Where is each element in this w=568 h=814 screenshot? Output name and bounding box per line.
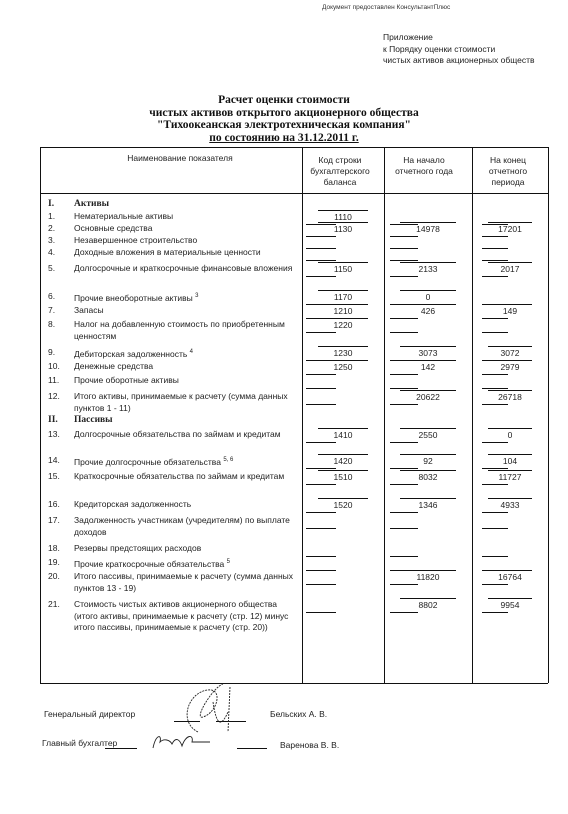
title-line: Расчет оценки стоимости <box>0 94 568 107</box>
table-rule <box>40 683 548 684</box>
table-rule <box>390 304 418 305</box>
row-label: Дебиторская задолженность 4 <box>74 347 296 360</box>
row-number: 14. <box>48 455 60 467</box>
cell-end: 3072 <box>488 346 532 358</box>
row-number: 5. <box>48 263 55 275</box>
row-label: Основные средства <box>74 223 296 235</box>
row-label-text: Денежные средства <box>74 361 153 371</box>
section-heading: Пассивы <box>74 415 296 427</box>
table-rule <box>384 147 385 193</box>
cell-code: 1220 <box>318 318 368 330</box>
cell-end: 26718 <box>488 390 532 402</box>
table-rule <box>306 360 336 361</box>
row-label-text: Прочие внеоборотные активы <box>74 293 193 303</box>
table-rule <box>482 612 508 613</box>
table-rule <box>390 468 418 469</box>
table-rule <box>306 484 336 485</box>
row-label-text: Задолженность участникам (учредителям) п… <box>74 515 290 537</box>
table-rule <box>548 193 549 683</box>
table-rule <box>482 388 508 389</box>
accountant-name: Варенова В. В. <box>280 740 339 750</box>
table-rule <box>482 468 508 469</box>
row-number: 15. <box>48 471 60 483</box>
accountant-title: Главный бухгалтер <box>42 738 117 748</box>
table-rule <box>390 224 418 225</box>
row-label: Незавершенное строительство <box>74 235 296 247</box>
table-rule <box>390 512 418 513</box>
cell-end: 9954 <box>488 598 532 610</box>
row-label: Доходные вложения в материальные ценност… <box>74 247 296 259</box>
table-rule <box>482 236 508 237</box>
row-label-text: Итого пассивы, принимаемые к расчету (су… <box>74 571 293 593</box>
row-label: Денежные средства <box>74 361 296 373</box>
row-label: Итого активы, принимаемые к расчету (сум… <box>74 391 296 414</box>
table-rule <box>482 528 508 529</box>
row-label: Задолженность участникам (учредителям) п… <box>74 515 296 538</box>
table-rule <box>306 612 336 613</box>
table-rule <box>390 404 418 405</box>
cell-start: 11820 <box>400 570 456 582</box>
table-rule <box>482 374 508 375</box>
row-label-text: Прочие долгосрочные обязательства <box>74 457 221 467</box>
cell-start: 426 <box>400 304 456 316</box>
col-header-code: Код строки бухгалтерского баланса <box>302 155 378 188</box>
table-rule <box>306 260 336 261</box>
row-label-text: Пассивы <box>74 415 113 425</box>
cell-end: 2017 <box>488 262 532 274</box>
table-rule <box>390 484 418 485</box>
row-label: Прочие внеоборотные активы 3 <box>74 291 296 304</box>
table-rule <box>390 236 418 237</box>
footnote-marker: 4 <box>190 349 193 355</box>
row-label: Резервы предстоящих расходов <box>74 543 296 555</box>
table-rule <box>482 442 508 443</box>
cell-end: 4933 <box>488 498 532 510</box>
table-rule <box>390 556 418 557</box>
table-rule <box>306 236 336 237</box>
table-rule <box>390 442 418 443</box>
row-label: Запасы <box>74 305 296 317</box>
table-rule <box>306 276 336 277</box>
row-label: Итого пассивы, принимаемые к расчету (су… <box>74 571 296 594</box>
cell-code: 1410 <box>318 428 368 440</box>
table-rule <box>40 147 41 193</box>
row-label-text: Прочие оборотные активы <box>74 375 179 385</box>
row-label: Налог на добавленную стоимость по приобр… <box>74 319 296 342</box>
appendix-line: чистых активов акционерных обществ <box>383 55 534 67</box>
cell-start: 8032 <box>400 470 456 482</box>
table-rule <box>482 248 508 249</box>
table-rule <box>390 612 418 613</box>
source-note: Документ предоставлен КонсультантПлюс <box>322 4 450 11</box>
title-line: чистых активов открытого акционерного об… <box>0 107 568 120</box>
table-rule <box>306 318 336 319</box>
row-number: 2. <box>48 223 55 235</box>
row-label: Стоимость чистых активов акционерного об… <box>74 599 296 634</box>
row-label-text: Кредиторская задолженность <box>74 499 191 509</box>
table-rule <box>306 512 336 513</box>
table-rule <box>306 442 336 443</box>
cell-end: 0 <box>488 428 532 440</box>
row-number: 11. <box>48 375 59 387</box>
appendix-line: к Порядку оценки стоимости <box>383 44 534 56</box>
row-number: I. <box>48 199 54 211</box>
row-number: 20. <box>48 571 60 583</box>
table-rule <box>390 360 418 361</box>
table-rule <box>40 193 41 683</box>
table-rule <box>306 468 336 469</box>
cell-end: 149 <box>488 304 532 316</box>
row-label: Прочие оборотные активы <box>74 375 296 387</box>
cell-start: 20622 <box>400 390 456 402</box>
table-rule <box>390 528 418 529</box>
row-label-text: Доходные вложения в материальные ценност… <box>74 247 261 257</box>
cell-code: 1230 <box>318 346 368 358</box>
accountant-signature-icon <box>150 730 220 752</box>
cell-code: 1520 <box>318 498 368 510</box>
row-label: Прочие долгосрочные обязательства 5, 6 <box>74 455 296 468</box>
signature-line <box>237 748 267 749</box>
table-rule <box>390 260 418 261</box>
table-rule <box>306 584 336 585</box>
table-rule <box>390 570 418 571</box>
table-rule <box>482 556 508 557</box>
cell-start: 3073 <box>400 346 456 358</box>
table-rule <box>548 147 549 193</box>
row-number: 8. <box>48 319 55 331</box>
section-heading: Активы <box>74 199 296 211</box>
row-number: 9. <box>48 347 55 359</box>
table-rule <box>306 404 336 405</box>
table-rule <box>482 318 508 319</box>
cell-code: 1420 <box>318 454 368 466</box>
signature-line <box>105 748 137 749</box>
row-label: Нематериальные активы <box>74 211 296 223</box>
cell-end: 16764 <box>488 570 532 582</box>
table-rule <box>306 374 336 375</box>
row-label-text: Прочие краткосрочные обязательства <box>74 559 224 569</box>
title-date: по состоянию на 31.12.2011 г. <box>0 132 568 145</box>
row-label-text: Незавершенное строительство <box>74 235 197 245</box>
appendix-line: Приложение <box>383 32 534 44</box>
table-rule <box>482 332 508 333</box>
row-number: 17. <box>48 515 60 527</box>
table-rule <box>472 147 473 193</box>
table-rule <box>306 556 336 557</box>
table-rule <box>390 276 418 277</box>
footnote-marker: 3 <box>195 293 198 299</box>
footnote-marker: 5, 6 <box>223 457 233 463</box>
table-rule <box>482 304 508 305</box>
table-rule <box>384 193 385 683</box>
cell-code: 1510 <box>318 470 368 482</box>
cell-code: 1150 <box>318 262 368 274</box>
row-label-text: Налог на добавленную стоимость по приобр… <box>74 319 285 341</box>
row-number: 12. <box>48 391 60 403</box>
table-rule <box>306 304 336 305</box>
cell-start: 8802 <box>400 598 456 610</box>
cell-code: 1210 <box>318 304 368 316</box>
title-line: "Тихоокеанская электротехническая компан… <box>0 119 568 132</box>
row-number: 10. <box>48 361 60 373</box>
row-label-text: Итого активы, принимаемые к расчету (сум… <box>74 391 288 413</box>
row-label-text: Стоимость чистых активов акционерного об… <box>74 599 288 632</box>
col-header-start: На начало отчетного года <box>384 155 464 177</box>
row-number: II. <box>48 415 58 427</box>
table-rule <box>306 332 336 333</box>
table-rule <box>482 512 508 513</box>
document-title: Расчет оценки стоимости чистых активов о… <box>0 94 568 144</box>
cell-end: 11727 <box>488 470 532 482</box>
row-label-text: Дебиторская задолженность <box>74 349 187 359</box>
row-number: 6. <box>48 291 55 303</box>
appendix-caption: Приложение к Порядку оценки стоимости чи… <box>383 32 534 67</box>
col-header-name: Наименование показателя <box>70 153 290 164</box>
row-label-text: Долгосрочные обязательства по займам и к… <box>74 429 281 439</box>
table-rule <box>482 360 508 361</box>
table-rule <box>472 193 473 683</box>
table-rule <box>390 584 418 585</box>
table-rule <box>390 318 418 319</box>
row-label: Прочие краткосрочные обязательства 5 <box>74 557 296 570</box>
table-rule <box>482 276 508 277</box>
table-rule <box>482 584 508 585</box>
cell-end: 2979 <box>488 360 532 372</box>
table-rule <box>482 570 508 571</box>
row-number: 19. <box>48 557 60 569</box>
row-number: 7. <box>48 305 55 317</box>
row-label-text: Краткосрочные обязательства по займам и … <box>74 471 284 481</box>
table-rule <box>302 193 303 683</box>
cell-code: 1110 <box>318 210 368 222</box>
cell-start: 92 <box>400 454 456 466</box>
director-title: Генеральный директор <box>44 709 135 719</box>
table-rule <box>302 147 303 193</box>
director-name: Бельских А. В. <box>270 709 327 719</box>
row-label: Долгосрочные и краткосрочные финансовые … <box>74 263 296 275</box>
table-rule <box>482 484 508 485</box>
row-number: 18. <box>48 543 60 555</box>
col-header-end: На конец отчетного периода <box>472 155 544 188</box>
row-number: 3. <box>48 235 55 247</box>
table-rule <box>482 260 508 261</box>
row-label-text: Резервы предстоящих расходов <box>74 543 201 553</box>
table-rule <box>482 224 508 225</box>
row-label-text: Запасы <box>74 305 104 315</box>
row-label-text: Нематериальные активы <box>74 211 173 221</box>
row-label: Кредиторская задолженность <box>74 499 296 511</box>
row-number: 13. <box>48 429 60 441</box>
row-label: Долгосрочные обязательства по займам и к… <box>74 429 296 441</box>
cell-start: 0 <box>400 290 456 302</box>
row-label-text: Основные средства <box>74 223 152 233</box>
cell-start: 2133 <box>400 262 456 274</box>
table-rule <box>482 404 508 405</box>
table-rule <box>306 388 336 389</box>
cell-code: 1170 <box>318 290 368 302</box>
cell-start: 2550 <box>400 428 456 440</box>
cell-start: 142 <box>400 360 456 372</box>
row-label-text: Долгосрочные и краткосрочные финансовые … <box>74 263 292 273</box>
table-rule <box>306 528 336 529</box>
cell-start: 1346 <box>400 498 456 510</box>
row-label-text: Активы <box>74 199 109 209</box>
table-rule <box>306 570 336 571</box>
cell-end: 104 <box>488 454 532 466</box>
table-rule <box>390 332 418 333</box>
cell-code: 1250 <box>318 360 368 372</box>
table-rule <box>306 224 336 225</box>
table-rule <box>390 374 418 375</box>
row-number: 16. <box>48 499 60 511</box>
row-label: Краткосрочные обязательства по займам и … <box>74 471 296 483</box>
table-rule <box>390 388 418 389</box>
footnote-marker: 5 <box>227 559 230 565</box>
row-number: 4. <box>48 247 55 259</box>
table-rule <box>390 248 418 249</box>
row-number: 1. <box>48 211 55 223</box>
table-rule <box>306 248 336 249</box>
row-number: 21. <box>48 599 60 611</box>
